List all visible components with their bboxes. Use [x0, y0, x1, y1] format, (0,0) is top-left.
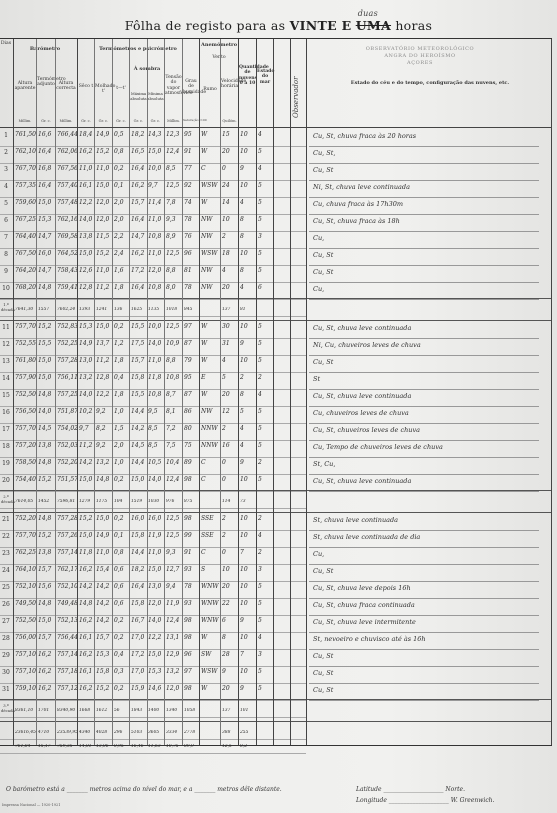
cell-wet: 14,2: [96, 583, 112, 590]
cell-ta: 15,6: [38, 583, 55, 590]
column-divider: [220, 39, 221, 745]
header-min: Mínima absoluta: [147, 91, 164, 102]
remark-text: Cu, St: [313, 669, 333, 677]
cell-diff: 0,2: [114, 323, 129, 330]
cell-dir: WSW: [201, 250, 220, 257]
remark-line: Cu, St, chuva leve intermitente: [309, 615, 539, 633]
title-prefix: Fôlha de registo para as: [125, 18, 286, 33]
cell-vap: 9,4: [166, 583, 182, 590]
cell-dry: 13,8: [79, 233, 94, 240]
cell-bar: 759,60: [15, 199, 36, 206]
day-number: 18: [1, 443, 11, 450]
cell-min: 15,0: [148, 651, 164, 658]
cell-min: 12,0: [148, 600, 164, 607]
cell-diff: 0,6: [114, 600, 129, 607]
cell-vel: 388: [222, 730, 238, 735]
table-row: 16756,5014,0751,8710,29,21,014,49,58,186…: [0, 406, 306, 424]
cell-bc: 751,57: [57, 476, 77, 483]
header-sea: Estado do mar: [257, 69, 273, 85]
cell-bc: 756,44: [57, 634, 77, 641]
cell-bc: 757,12: [57, 685, 77, 692]
cell-bc: 752,10: [57, 583, 77, 590]
footer-latitude: Latitude ____________________ Norte.: [356, 786, 465, 793]
table-row: 3767,7016,8767,5611,011,00,216,410,08,57…: [0, 163, 306, 181]
cell-max: 18,2: [131, 566, 147, 573]
cell-dir: WNW: [201, 583, 220, 590]
cell-hum: 91: [184, 549, 199, 556]
unit-mm: Millim.: [56, 119, 76, 123]
cell-dir: NW: [201, 267, 220, 274]
cell-diff: 0,2: [114, 617, 129, 624]
cell-vap: 12,4: [166, 617, 182, 624]
cell-bar: 752,55: [15, 340, 36, 347]
remark-text: Cu, St, chuva fraca continuada: [313, 601, 415, 609]
cell-vap: 10,8: [166, 374, 182, 381]
cell-ta: 16,8: [38, 165, 55, 172]
remark-text: Cu, St: [313, 686, 333, 694]
remark-line: Cu, St: [309, 355, 539, 373]
cell-sea: 4: [258, 634, 273, 641]
cell-wet: 15,7: [96, 634, 112, 641]
cell-hum: 80: [184, 425, 199, 432]
cell-diff: 2,0: [114, 199, 129, 206]
unit-deg: Gr. c.: [95, 119, 112, 123]
cell-hum: 78: [184, 216, 199, 223]
column-divider: [256, 39, 257, 745]
unit-deg: Gr. c.: [113, 119, 129, 123]
cell-vap: 9,3: [166, 549, 182, 556]
cell-dry: 15,2: [79, 515, 94, 522]
cell-vap: 8,7: [166, 391, 182, 398]
day-number: 15: [1, 392, 11, 399]
cell-cl: 7: [240, 651, 256, 658]
cell-min: 15,0: [148, 566, 164, 573]
cell-vap: 12,5: [166, 250, 182, 257]
cell-vap: 12,7: [166, 566, 182, 573]
cell-max: 14,7: [131, 233, 147, 240]
cell-wet: 14,9: [96, 131, 112, 138]
cell-hum: 93: [184, 566, 199, 573]
cell-max: 15,0: [131, 476, 147, 483]
cell-wet: 12,2: [96, 391, 112, 398]
cell-max: 1519: [131, 499, 147, 504]
remark-line: Cu,: [309, 231, 539, 249]
summary-row: 3.ª década8361,1017018340,90166816125618…: [0, 700, 306, 718]
table-row: 21752,2014,8757,2815,215,00,216,016,012,…: [0, 513, 306, 531]
cell-vel: 6: [222, 617, 238, 624]
day-number: 3: [1, 166, 11, 173]
cell-diff: 0,4: [114, 374, 129, 381]
cell-sea: 5: [258, 425, 273, 432]
cell-diff: 2,2: [114, 233, 129, 240]
cell-cl: 9: [240, 459, 256, 466]
remark-text: Cu, Tempo de chuveiros leves de chuva: [313, 443, 443, 451]
cell-dry: 1279: [79, 499, 94, 504]
cell-hum: 75: [184, 442, 199, 449]
remark-line: Cu, chuveiros leves de chuva: [309, 406, 539, 424]
cell-ta: 14,7: [38, 267, 55, 274]
cell-sea: 5: [258, 357, 273, 364]
header-barometer: Barómetro: [14, 47, 76, 52]
unit-deg: Gr. c.: [130, 119, 147, 123]
remark-line: Cu, St: [309, 248, 539, 266]
cell-vel: 4: [222, 267, 238, 274]
column-divider: [199, 39, 200, 745]
cell-diff: 0,2: [114, 515, 129, 522]
remark-text: Cu, St, chuva fraca às 20 horas: [313, 132, 416, 140]
cell-dir: W: [201, 323, 220, 330]
cell-bc: 759,41: [57, 284, 77, 291]
day-number: 20: [1, 477, 11, 484]
column-divider: [13, 39, 14, 745]
remark-line: Cu, St: [309, 564, 539, 582]
cell-diff: 1,8: [114, 284, 129, 291]
cell-vel: 16: [222, 442, 238, 449]
cell-diff: 2,0: [114, 216, 129, 223]
cell-diff: 0,1: [114, 182, 129, 189]
day-number: 14: [1, 375, 11, 382]
cell-max: 16,4: [131, 216, 147, 223]
cell-wet: 14,9: [96, 532, 112, 539]
cell-hum: 98: [184, 685, 199, 692]
cell-hum: 845: [184, 307, 199, 312]
cell-dry: 15,0: [79, 476, 94, 483]
cell-hum: 78: [184, 583, 199, 590]
cell-max: 14,2: [131, 425, 147, 432]
remark-text: St, nevoeiro e chuvisco até às 16h: [313, 635, 426, 643]
cell-dir: NNW: [201, 425, 220, 432]
cell-bc: 767,56: [57, 165, 77, 172]
column-divider: [182, 39, 183, 745]
cell-max: 15,5: [131, 323, 147, 330]
cell-hum: 1058: [184, 708, 199, 713]
observer-signature: Observador: [292, 48, 304, 118]
cell-dir: WSW: [201, 668, 220, 675]
cell-sea: 5: [258, 199, 273, 206]
cell-max: 14,4: [131, 549, 147, 556]
cell-bar: 757,20: [15, 442, 36, 449]
cell-min: 3605: [148, 730, 164, 735]
cell-bc: 756,11: [57, 374, 77, 381]
cell-vel: 22: [222, 600, 238, 607]
cell-hum: 92: [184, 182, 199, 189]
summary-row: 2.ª década7614,0514527596,81127911751041…: [0, 491, 306, 509]
header-velocity: Velocidade horária: [221, 79, 238, 90]
cell-min: 10,0: [148, 165, 164, 172]
cell-cl: 10: [240, 566, 256, 573]
cell-bar: 767,25: [15, 216, 36, 223]
table-row: 17757,7014,5754,029,78,21,514,28,57,280N…: [0, 423, 306, 441]
cell-hum: 81: [184, 267, 199, 274]
title-hour: VINTE E: [290, 18, 352, 33]
cell-dir: SW: [201, 651, 220, 658]
cell-vel: 2: [222, 425, 238, 432]
column-divider: [273, 39, 274, 745]
cell-min: 8,5: [148, 425, 164, 432]
day-number: 1.ª década: [1, 302, 11, 312]
day-number: 11: [1, 324, 11, 331]
cell-ta: 16,6: [38, 131, 55, 138]
cell-cl: 10: [240, 131, 256, 138]
cell-diff: 0,8: [114, 148, 129, 155]
cell-hum: 95: [184, 374, 199, 381]
cell-ta: 15,2: [38, 532, 55, 539]
cell-bc: 757,26: [57, 532, 77, 539]
cell-wet: 11,0: [96, 267, 112, 274]
column-divider: [129, 39, 130, 745]
header-dry: Sêco t: [78, 84, 94, 89]
cell-dry: 14,0: [79, 216, 94, 223]
cell-dry: 14,01: [79, 744, 94, 749]
cell-sea: 5: [258, 600, 273, 607]
cell-min: 15,0: [148, 148, 164, 155]
cell-cl: 8: [240, 216, 256, 223]
cell-sea: 5: [258, 323, 273, 330]
cell-hum: 99: [184, 532, 199, 539]
header-bar-corrected: Altura correcta: [56, 81, 76, 92]
cell-max: 15,7: [131, 357, 147, 364]
cell-wet: 11,2: [96, 284, 112, 291]
cell-bar: 752,10: [15, 583, 36, 590]
cell-bar: 752,50: [15, 617, 36, 624]
cell-cl: 7: [240, 549, 256, 556]
cell-max: 15,8: [131, 374, 147, 381]
header-wind: Vento: [200, 55, 238, 60]
table-row: 22757,7015,2757,2615,014,90,115,811,912,…: [0, 530, 306, 548]
table-row: 5759,6015,0757,4812,212,02,015,711,47,87…: [0, 197, 306, 215]
cell-hum: 98: [184, 476, 199, 483]
cell-wet: 1175: [96, 499, 112, 504]
unit-mm: Millim.: [165, 119, 182, 123]
cell-wet: 13,2: [96, 459, 112, 466]
cell-min: 11,9: [148, 532, 164, 539]
cell-bc: 762,06: [57, 148, 77, 155]
remark-line: Cu,: [309, 547, 539, 565]
table-row: 4757,3516,4757,4016,115,00,116,29,712,59…: [0, 180, 306, 198]
cell-vap: 9,3: [166, 216, 182, 223]
table-row: 6767,2515,3762,1614,012,02,016,411,09,37…: [0, 214, 306, 232]
remark-text: Ni, Cu, chuveiros leves de chuva: [313, 341, 421, 349]
remark-text: Cu, St: [313, 268, 333, 276]
day-number: 26: [1, 601, 11, 608]
cell-sea: 5: [258, 685, 273, 692]
cell-diff: 0,3: [114, 668, 129, 675]
cell-bar: 752,20: [15, 515, 36, 522]
cell-cl: 8: [240, 233, 256, 240]
cell-dry: 16,2: [79, 148, 94, 155]
cell-dry: 15,3: [79, 323, 94, 330]
footer-barometer-note: O barómetro está a _______ metros acima …: [6, 786, 282, 793]
cell-vel: 30: [222, 323, 238, 330]
remark-text: St, Cu,: [313, 460, 335, 468]
cell-dry: 16,2: [79, 651, 94, 658]
cell-wet: 11,0: [96, 165, 112, 172]
cell-bar: 764,20: [15, 267, 36, 274]
cell-min: 1135: [148, 307, 164, 312]
cell-bar: 764,10: [15, 566, 36, 573]
cell-vap: 12,5: [166, 515, 182, 522]
cell-min: 10,8: [148, 391, 164, 398]
cell-diff: 56: [114, 708, 129, 713]
column-divider: [238, 39, 239, 745]
cell-max: 16,7: [131, 617, 147, 624]
table-row: 26749,5014,8749,4814,814,20,615,812,011,…: [0, 598, 306, 616]
cell-vel: 14: [222, 199, 238, 206]
cell-sea: 5: [258, 583, 273, 590]
cell-cl: 8: [240, 391, 256, 398]
cell-hum: 76: [184, 233, 199, 240]
cell-min: 11,4: [148, 199, 164, 206]
remark-text: Ni, St, chuva leve continuada: [313, 183, 410, 191]
cell-bar: 7614,05: [15, 499, 36, 504]
cell-sea: 6: [258, 284, 273, 291]
cell-bar: 761,84: [15, 744, 36, 749]
cell-bar: 756,50: [15, 408, 36, 415]
cell-wet: 9,2: [96, 442, 112, 449]
cell-bc: 762,17: [57, 566, 77, 573]
cell-dir: NW: [201, 216, 220, 223]
summary-row: 761,8415,17759,3514,0113,060,9516,4611,6…: [0, 736, 306, 754]
cell-cl: 9: [240, 685, 256, 692]
remark-text: Cu, St, chuva leve depois 16h: [313, 584, 411, 592]
cell-sea: 2: [258, 459, 273, 466]
header-anemometer: Anemómetro: [200, 43, 238, 48]
cell-min: 10,0: [148, 323, 164, 330]
cell-dir: NW: [201, 408, 220, 415]
cell-wet: 14,2: [96, 600, 112, 607]
cell-dry: 16,2: [79, 617, 94, 624]
remark-line: Cu, St, chuva fraca continuada: [309, 598, 539, 616]
cell-max: 15,7: [131, 199, 147, 206]
table-row: 28756,0015,7756,4416,115,70,217,012,213,…: [0, 632, 306, 650]
cell-dry: 16,1: [79, 668, 94, 675]
cell-min: 15,3: [148, 668, 164, 675]
cell-cl: 4: [240, 425, 256, 432]
cell-dry: 11,2: [79, 442, 94, 449]
cell-wet: 9,2: [96, 408, 112, 415]
cell-dir: W: [201, 131, 220, 138]
table-row: 7764,4014,7769,5813,811,52,214,710,88,97…: [0, 231, 306, 249]
cell-bar: 767,70: [15, 165, 36, 172]
cell-cl: 10: [240, 182, 256, 189]
cell-hum: 87: [184, 340, 199, 347]
cell-ta: 15,7: [38, 634, 55, 641]
cell-vel: 12,5: [222, 744, 238, 749]
cell-cl: 10: [240, 148, 256, 155]
cell-vel: 20: [222, 685, 238, 692]
table-row: 25752,1015,6752,1014,214,20,616,413,09,4…: [0, 581, 306, 599]
day-number: 6: [1, 217, 11, 224]
cell-dir: C: [201, 549, 220, 556]
cell-bar: 764,40: [15, 233, 36, 240]
remark-text: Cu, St, chuva leve continuada: [313, 324, 411, 332]
cell-vel: 0: [222, 549, 238, 556]
cell-sea: 4: [258, 131, 273, 138]
table-row: 12752,5515,5752,2514,913,71,217,514,010,…: [0, 338, 306, 356]
cell-hum: 87: [184, 391, 199, 398]
cell-cl: 10: [240, 600, 256, 607]
cell-vap: 8,9: [166, 233, 182, 240]
column-divider: [77, 39, 78, 745]
remark-line: St, Cu,: [309, 457, 539, 475]
cell-bar: 23616,45: [15, 730, 36, 735]
cell-bc: 757,48: [57, 199, 77, 206]
cell-wet: 11,0: [96, 549, 112, 556]
cell-min: 13,0: [148, 583, 164, 590]
cell-diff: 0,6: [114, 583, 129, 590]
cell-wet: 15,0: [96, 182, 112, 189]
cell-dry: 14,8: [79, 600, 94, 607]
remark-line: Ni, St, chuva leve continuada: [309, 180, 539, 198]
cell-sea: 4: [258, 532, 273, 539]
cell-bc: 751,87: [57, 408, 77, 415]
cell-bc: 23539,95: [57, 730, 77, 735]
cell-vap: 8,8: [166, 357, 182, 364]
cell-vap: 12,5: [166, 323, 182, 330]
remark-text: Cu, St, chuva fraca às 18h: [313, 217, 400, 225]
cell-hum: 77: [184, 165, 199, 172]
day-number: 9: [1, 268, 11, 275]
remark-text: Cu, St: [313, 652, 333, 660]
cell-dry: 1668: [79, 708, 94, 713]
cell-vel: 4: [222, 357, 238, 364]
cell-ta: 15,0: [38, 199, 55, 206]
cell-dry: 11,0: [79, 165, 94, 172]
cell-max: 16,46: [131, 744, 147, 749]
footer-longitude: Longitude ____________________ W. Greenw…: [356, 797, 494, 804]
cell-bar: 754,40: [15, 476, 36, 483]
cell-max: 15,8: [131, 600, 147, 607]
cell-max: 17,2: [131, 267, 147, 274]
cell-vel: 9: [222, 668, 238, 675]
header-bar-apparent: Altura aparente: [14, 81, 36, 92]
remark-line: St, chuva leve continuada de dia: [309, 530, 539, 548]
cell-hum: 79: [184, 357, 199, 364]
cell-bc: 759,35: [57, 744, 77, 749]
cell-vel: 5: [222, 374, 238, 381]
cell-dir: W: [201, 391, 220, 398]
cell-cl: 4: [240, 442, 256, 449]
cell-ta: 15,0: [38, 357, 55, 364]
cell-hum: 89: [184, 459, 199, 466]
table-row: 15752,5014,8757,2514,012,21,815,510,88,7…: [0, 389, 306, 407]
cell-cl: 9: [240, 340, 256, 347]
remark-text: Cu, St, chuva leve continuada: [313, 392, 411, 400]
cell-dry: 11,8: [79, 549, 94, 556]
cell-hum: 89,9: [184, 744, 199, 749]
remark-text: Cu,: [313, 285, 324, 293]
cell-vel: 24: [222, 182, 238, 189]
cell-min: 11,0: [148, 216, 164, 223]
remark-text: Cu,: [313, 550, 324, 558]
cell-vap: 976: [166, 499, 182, 504]
day-number: 30: [1, 669, 11, 676]
table-row: 18757,2013,8752,0311,29,22,014,58,57,575…: [0, 440, 306, 458]
cell-wet: 15,2: [96, 685, 112, 692]
remark-line: Ni, Cu, chuveiros leves de chuva: [309, 338, 539, 356]
header-clouds: Quantidade de nuvens 0 a 10: [239, 65, 256, 87]
cell-max: 1625: [131, 307, 147, 312]
cell-max: 16,2: [131, 250, 147, 257]
cell-vap: 13,2: [166, 668, 182, 675]
cell-vap: 12,9: [166, 651, 182, 658]
day-number: 7: [1, 234, 11, 241]
cell-dry: 14,2: [79, 459, 94, 466]
register-sheet: Fôlha de registo para as VINTE E duas UM…: [0, 0, 557, 813]
cell-diff: 0,8: [114, 549, 129, 556]
cell-vap: 8,8: [166, 267, 182, 274]
table-row: 29757,1016,2757,1416,215,30,417,215,012,…: [0, 649, 306, 667]
